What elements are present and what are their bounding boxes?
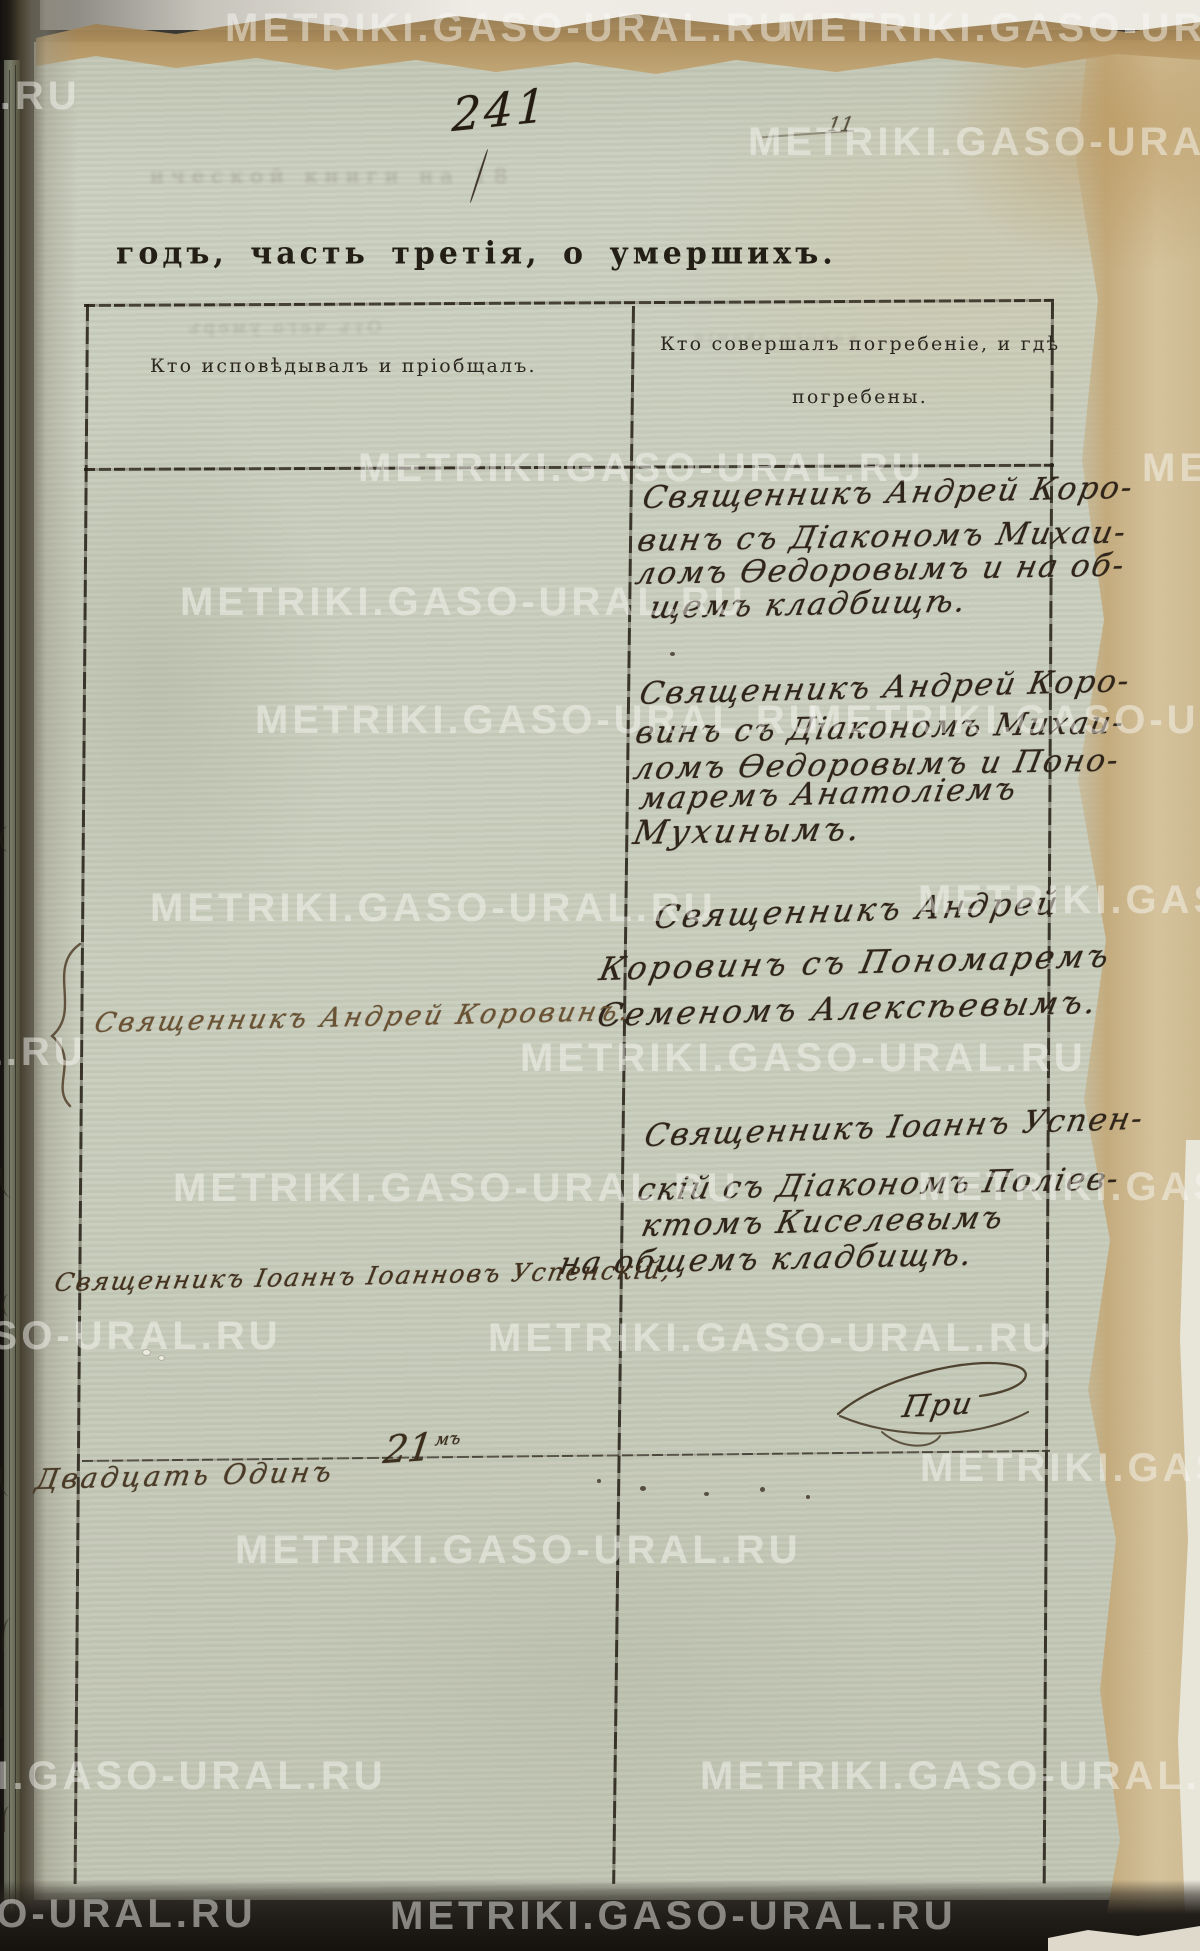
- page-title: годъ, часть третія, о умершихъ.: [116, 235, 837, 271]
- gutter-ink-mark: [3, 1806, 17, 1832]
- total-number-value: 21: [381, 1424, 436, 1472]
- catchword: При: [900, 1386, 977, 1425]
- ink-speck: [670, 652, 675, 656]
- ink-speck: [704, 1492, 709, 1496]
- total-number-suffix: мъ: [434, 1429, 462, 1451]
- ink-speck: [597, 1479, 601, 1483]
- column-header-burial-line1: Кто совершалъ погребеніе, и гдѣ: [660, 333, 1060, 355]
- ink-speck: [760, 1487, 765, 1492]
- gutter-ink-mark: [0, 826, 16, 852]
- page-number: 241: [451, 78, 549, 143]
- gutter-ink-mark: [2, 1294, 16, 1316]
- burial-entry-2-line: Мухинымъ.: [630, 809, 866, 852]
- ink-speck: [806, 1495, 810, 1499]
- column-header-burial-line2: погребены.: [792, 386, 928, 408]
- ink-speck: [640, 1486, 646, 1491]
- burial-entry-1-line: щемъ кладбищѣ.: [647, 583, 971, 626]
- corner-stain: [930, 46, 1200, 276]
- scanned-register-page: ической книги на 18 Отъ чего умеръ каког…: [0, 0, 1200, 1951]
- gutter-ink-mark: [0, 1168, 18, 1198]
- ink-speck: [862, 904, 866, 908]
- paper-hole: [142, 1349, 151, 1356]
- bottom-edge-shadow: [0, 1880, 1200, 1951]
- margin-note: 11: [826, 112, 856, 136]
- gutter-ink-mark: [2, 1618, 17, 1652]
- margin-brace: [36, 940, 88, 1110]
- column-header-confession: Кто исповѣдывалъ и пріобщалъ.: [150, 355, 537, 377]
- paper-hole: [158, 1355, 165, 1361]
- total-count-number: 21мъ: [381, 1423, 461, 1473]
